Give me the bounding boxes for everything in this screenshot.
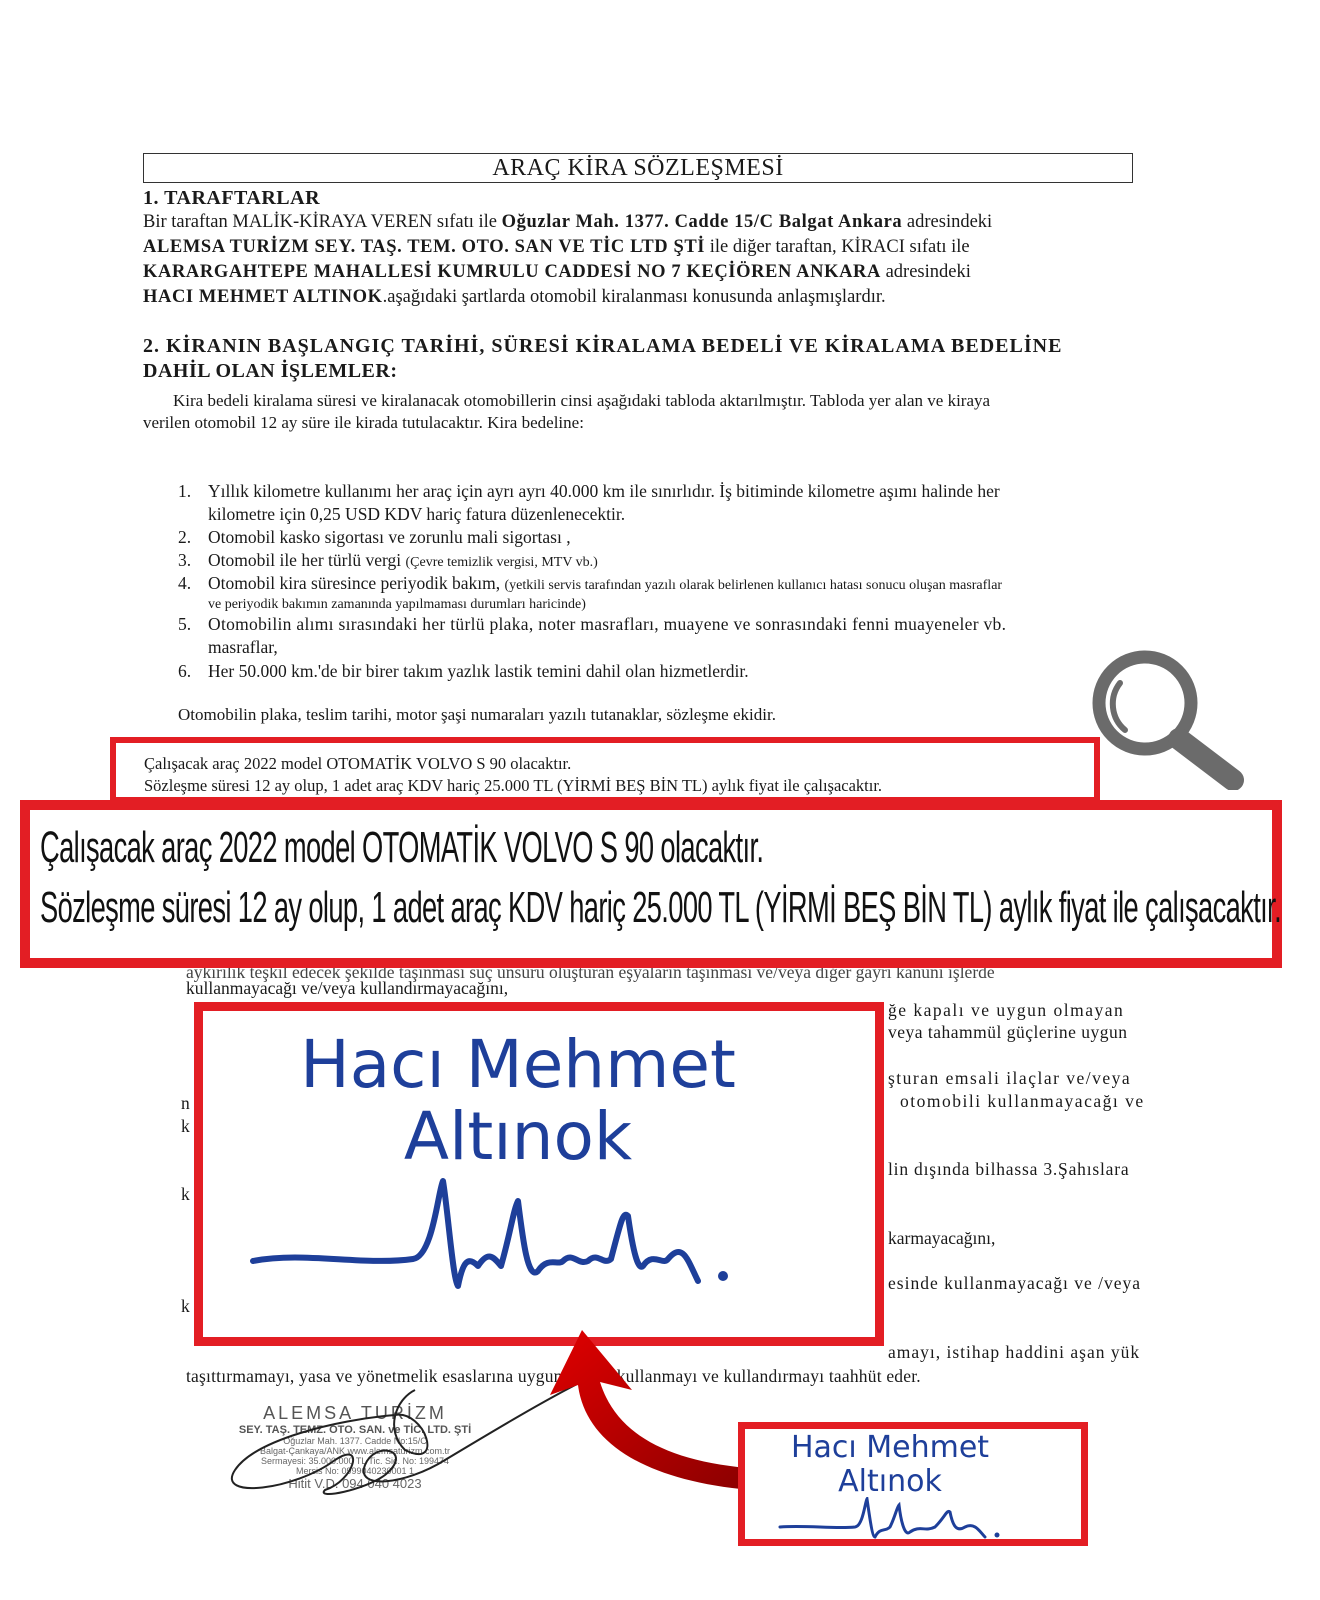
- intro-line-1: Kira bedeli kiralama süresi ve kiralanac…: [143, 390, 1153, 412]
- item-number: 2.: [178, 526, 208, 548]
- signature-name-large: Hacı Mehmet Altınok: [283, 1029, 753, 1173]
- signature-name-small-line1: Hacı Mehmet: [775, 1431, 1005, 1465]
- section-2-intro: Kira bedeli kiralama süresi ve kiralanac…: [143, 390, 1153, 434]
- fragment-left-4: k: [181, 1296, 190, 1317]
- fragment-right-1: ğe kapalı ve uygun olmayan: [888, 1000, 1124, 1021]
- signature-scribble-small: [775, 1497, 1035, 1547]
- party-line-1c: adresindeki: [902, 212, 992, 232]
- item-text-cont: masraflar,: [208, 636, 1153, 658]
- item-note: (yetkili servis tarafından yazılı olarak…: [504, 578, 1002, 593]
- fragment-right-2: veya tahammül güçlerine uygun: [888, 1022, 1128, 1043]
- section-1-body: Bir taraftan MALİK-KİRAYA VEREN sıfatı i…: [143, 210, 1151, 310]
- intro-line-2: verilen otomobil 12 ay süre ile kirada t…: [143, 412, 1153, 434]
- tenant-name: HACI MEHMET ALTINOK: [143, 287, 383, 307]
- item-number: 6.: [178, 660, 208, 682]
- signature-box-small: Hacı Mehmet Altınok: [738, 1422, 1088, 1546]
- item-text: Yıllık kilometre kullanımı her araç için…: [208, 480, 1153, 502]
- fragment-left-3: k: [181, 1184, 190, 1205]
- fragment-right-6: karmayacağını,: [888, 1228, 995, 1249]
- item-text: Her 50.000 km.'de bir birer takım yazlık…: [208, 660, 1153, 682]
- item-number: 3.: [178, 549, 208, 571]
- item-number: 1.: [178, 480, 208, 502]
- section-2-heading-line1: 2. KİRANIN BAŞLANGIÇ TARİHİ, SÜRESİ KİRA…: [143, 335, 1062, 358]
- party-line-4b: .aşağıdaki şartlarda otomobil kiralanmas…: [383, 287, 886, 307]
- annex-note: Otomobilin plaka, teslim tarihi, motor ş…: [178, 705, 776, 725]
- item-text: Otomobil kira süresince periyodik bakım,: [208, 573, 504, 593]
- signature-name-line1: Hacı Mehmet: [283, 1029, 753, 1101]
- party-line-1a: Bir taraftan MALİK-KİRAYA VEREN sıfatı i…: [143, 212, 502, 232]
- item-number: 4.: [178, 572, 208, 594]
- section-1-heading: 1. TARAFTARLAR: [143, 187, 320, 210]
- owner-company: ALEMSA TURİZM SEY. TAŞ. TEM. OTO. SAN VE…: [143, 237, 705, 257]
- signature-name-small: Hacı Mehmet Altınok: [775, 1431, 1005, 1499]
- vehicle-line-zoomed: Çalışacak araç 2022 model OTOMATİK VOLVO…: [40, 818, 1281, 878]
- item-text: Otomobil kasko sigortası ve zorunlu mali…: [208, 526, 1153, 548]
- signature-name-small-line2: Altınok: [775, 1465, 1005, 1499]
- party-line-3b: adresindeki: [881, 262, 971, 282]
- tenant-address: KARARGAHTEPE MAHALLESİ KUMRULU CADDESİ N…: [143, 262, 881, 282]
- section-2-heading-line2: DAHİL OLAN İŞLEMLER:: [143, 360, 398, 383]
- fragment-right-5: lin dışında bilhassa 3.Şahıslara: [888, 1159, 1129, 1180]
- signature-name-line2: Altınok: [283, 1101, 753, 1173]
- fragment-right-7: esinde kullanmayacağı ve /veya: [888, 1273, 1141, 1294]
- fragment-line-a: kullanmayacağı ve/veya kullandırmayacağı…: [186, 978, 508, 999]
- document-title: ARAÇ KİRA SÖZLEŞMESİ: [143, 153, 1133, 183]
- party-line-2b: ile diğer taraftan, KİRACI sıfatı ile: [705, 237, 970, 257]
- item-text: Otomobil ile her türlü vergi: [208, 550, 406, 570]
- included-items-list: 1. Yıllık kilometre kullanımı her araç i…: [178, 480, 1153, 680]
- item-number: 5.: [178, 613, 208, 635]
- magnifier-icon: [1085, 645, 1255, 790]
- price-line-zoomed: Sözleşme süresi 12 ay olup, 1 adet araç …: [40, 878, 1281, 938]
- fragment-left-2: k: [181, 1116, 190, 1137]
- item-text-cont: kilometre için 0,25 USD KDV hariç fatura…: [208, 503, 1153, 525]
- item-text: Otomobilin alımı sırasındaki her türlü p…: [208, 613, 1153, 635]
- fragment-right-8: amayı, istihap haddini aşan yük: [888, 1342, 1140, 1363]
- fragment-left-1: n: [181, 1093, 190, 1114]
- highlight-box-zoomed: Çalışacak araç 2022 model OTOMATİK VOLVO…: [20, 800, 1282, 968]
- owner-address: Oğuzlar Mah. 1377. Cadde 15/C Balgat Ank…: [502, 212, 903, 232]
- price-line-original: Sözleşme süresi 12 ay olup, 1 adet araç …: [144, 775, 882, 797]
- item-note: (Çevre temizlik vergisi, MTV vb.): [406, 555, 598, 570]
- fragment-right-3: şturan emsali ilaçlar ve/veya: [888, 1068, 1131, 1089]
- vehicle-line-original: Çalışacak araç 2022 model OTOMATİK VOLVO…: [144, 753, 882, 775]
- fragment-right-4: otomobili kullanmayacağı ve: [900, 1091, 1145, 1112]
- highlight-box-original: Çalışacak araç 2022 model OTOMATİK VOLVO…: [110, 737, 1100, 803]
